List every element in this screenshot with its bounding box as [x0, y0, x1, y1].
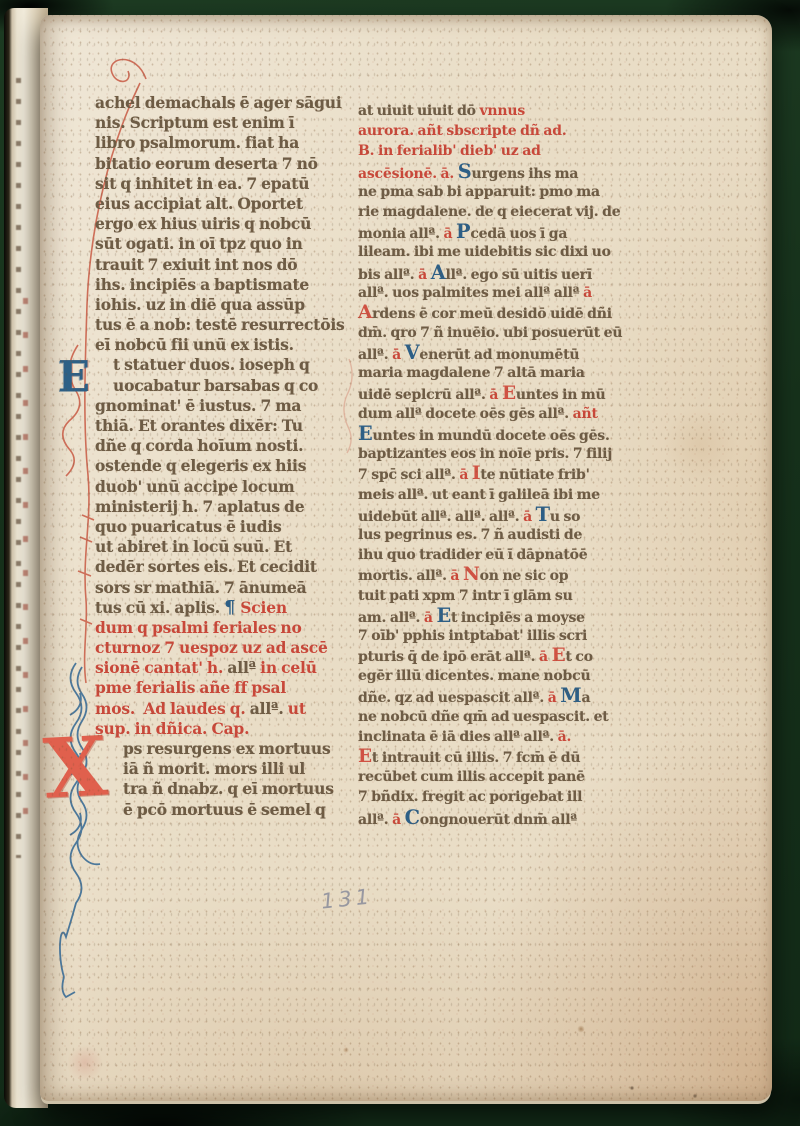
text-line: pturis q̄ de ipō erāt allª. ā Et co	[358, 646, 638, 666]
text-line: uidebūt allª. allª. allª. ā Tu so	[358, 505, 638, 525]
text-line: uocabatur barsabas q co	[95, 376, 353, 396]
text-line: monia allª. ā Pcedā uos ī ga	[358, 222, 638, 242]
facing-page-text-fragments	[16, 78, 21, 858]
decorated-initial-e: E	[58, 355, 90, 399]
text-line: meis allª. ut eant ī galileā ibi me	[358, 485, 638, 505]
text-line: uidē seplcrū allª. ā Euntes in mū	[358, 384, 638, 404]
pencil-folio-number: 131	[320, 884, 374, 913]
text-line: ergo ex hius uiris q nobcū	[95, 214, 353, 234]
text-line: cturnoz 7 uespoz uz ad ascē	[95, 638, 353, 658]
manuscript-page: achel demachals ē ager sāguinis. Scriptu…	[40, 15, 772, 1101]
text-line: at uiuit uiuit dō vnnus	[358, 101, 638, 121]
text-line: ministerij h. 7 aplatus de	[95, 497, 353, 517]
text-line: dedēr sortes eis. Et cecidit	[95, 557, 353, 577]
text-line: recūbet cum illis accepit panē	[358, 767, 638, 787]
left-text-column: achel demachals ē ager sāguinis. Scriptu…	[95, 93, 353, 820]
text-line: ne nobcū dñe qm̄ ad uespascit. et	[358, 707, 638, 727]
text-line: dñe q corda hoīum nosti.	[95, 436, 353, 456]
text-line: thiā. Et orantes dixēr: Tu	[95, 416, 353, 436]
text-line: tus ē a nob: testē resurrectōis	[95, 315, 353, 335]
text-line: baptizantes eos in noīe pris. 7 filij	[358, 444, 638, 464]
photograph-background: { "artifact": { "type": "illuminated-man…	[0, 0, 800, 1126]
text-line: eī nobcū fii unū ex istis.	[95, 335, 353, 355]
text-line: quo puaricatus ē iudis	[95, 517, 353, 537]
text-line: allª. ā Congnouerūt dnm̄ allª	[358, 808, 638, 828]
blue-drop-cap-flourish	[60, 663, 100, 997]
text-line: Ardens ē cor meū desidō uidē dñi	[358, 303, 638, 323]
text-line: 7 spc̄ sci allª. ā Ite nūtiate frib'	[358, 464, 638, 484]
text-line: am. allª. ā Et incipiēs a moyse	[358, 606, 638, 626]
text-line: sit q inhitet in ea. 7 epatū	[95, 174, 353, 194]
decorated-drop-cap-x: X	[41, 714, 155, 830]
text-line: duob' unū accipe locum	[95, 477, 353, 497]
text-line: t statuer duos. ioseph q	[95, 355, 353, 375]
text-line: 7 oīb' pphis intptabat' illis scri	[358, 626, 638, 646]
text-line: sionē cantat' h. allª in celū	[95, 658, 353, 678]
text-line: lileam. ibi me uidebitis sic dixi uo	[358, 242, 638, 262]
text-line: sors sr mathiā. 7 ānumeā	[95, 578, 353, 598]
text-line: allª. ā Venerūt ad monumētū	[358, 343, 638, 363]
text-line: sūt ogati. in oī tpz quo in	[95, 234, 353, 254]
text-line: tus cū xi. aplis. ¶ Scien	[95, 598, 353, 618]
text-line: rie magdalene. de q eiecerat vij. de	[358, 202, 638, 222]
text-line: trauit 7 exiuit int nos dō	[95, 255, 353, 275]
text-line: ut abiret in locū suū. Et	[95, 537, 353, 557]
text-line: bis allª. ā Allª. ego sū uitis uerī	[358, 263, 638, 283]
text-line: nis. Scriptum est enim ī	[95, 113, 353, 133]
text-line: aurora. añt sbscripte dñ ad.	[358, 121, 638, 141]
text-line: egēr illū dicentes. mane nobcū	[358, 666, 638, 686]
text-line: iohis. uz in diē qua assūp	[95, 295, 353, 315]
text-line: eius accipiat alt. Oportet	[95, 194, 353, 214]
text-line: mortis. allª. ā Non ne sic op	[358, 565, 638, 585]
text-line: tuit pati xpm 7 intr ī glām su	[358, 586, 638, 606]
text-line: ihs. incipiēs a baptismate	[95, 275, 353, 295]
text-line: B. in ferialib' dieb' uz ad	[358, 141, 638, 161]
text-line: dm̄. qro 7 ñ inuēio. ubi posuerūt eū	[358, 323, 638, 343]
text-line: dñe. qz ad uespascit allª. ā Ma	[358, 686, 638, 706]
text-line: libro psalmorum. fiat ha	[95, 133, 353, 153]
text-line: Et intrauit cū illis. 7 fcm̄ ē dū	[358, 747, 638, 767]
text-line: inclinata ē iā dies allª allª. ā.	[358, 727, 638, 747]
text-line: maria magdalene 7 altā maria	[358, 363, 638, 383]
text-line: ne pma sab bi apparuit: pmo ma	[358, 182, 638, 202]
text-line: lus pegrinus es. 7 ñ audisti de	[358, 525, 638, 545]
text-line: ascēsionē. ā. Surgens ihs ma	[358, 162, 638, 182]
text-line: ostende q elegeris ex hiis	[95, 456, 353, 476]
text-line: ihu quo tradider eū ī dāpnatōē	[358, 545, 638, 565]
text-line: Euntes in mundū docete oēs gēs.	[358, 424, 638, 444]
text-line: 7 bñdix. fregit ac porigebat ill	[358, 787, 638, 807]
text-line: gnominat' ē iustus. 7 ma	[95, 396, 353, 416]
text-line: dum allª docete oēs gēs allª. añt	[358, 404, 638, 424]
text-line: achel demachals ē ager sāgui	[95, 93, 353, 113]
text-line: allª. uos palmites mei allª allª ā	[358, 283, 638, 303]
text-line: pme ferialis añe ff psal	[95, 678, 353, 698]
facing-page-rubric-fragments	[23, 298, 28, 828]
text-line: bitatio eorum deserta 7 nō	[95, 154, 353, 174]
text-line: dum q psalmi feriales no	[95, 618, 353, 638]
right-text-column: at uiuit uiuit dō vnnusaurora. añt sbscr…	[358, 101, 638, 828]
